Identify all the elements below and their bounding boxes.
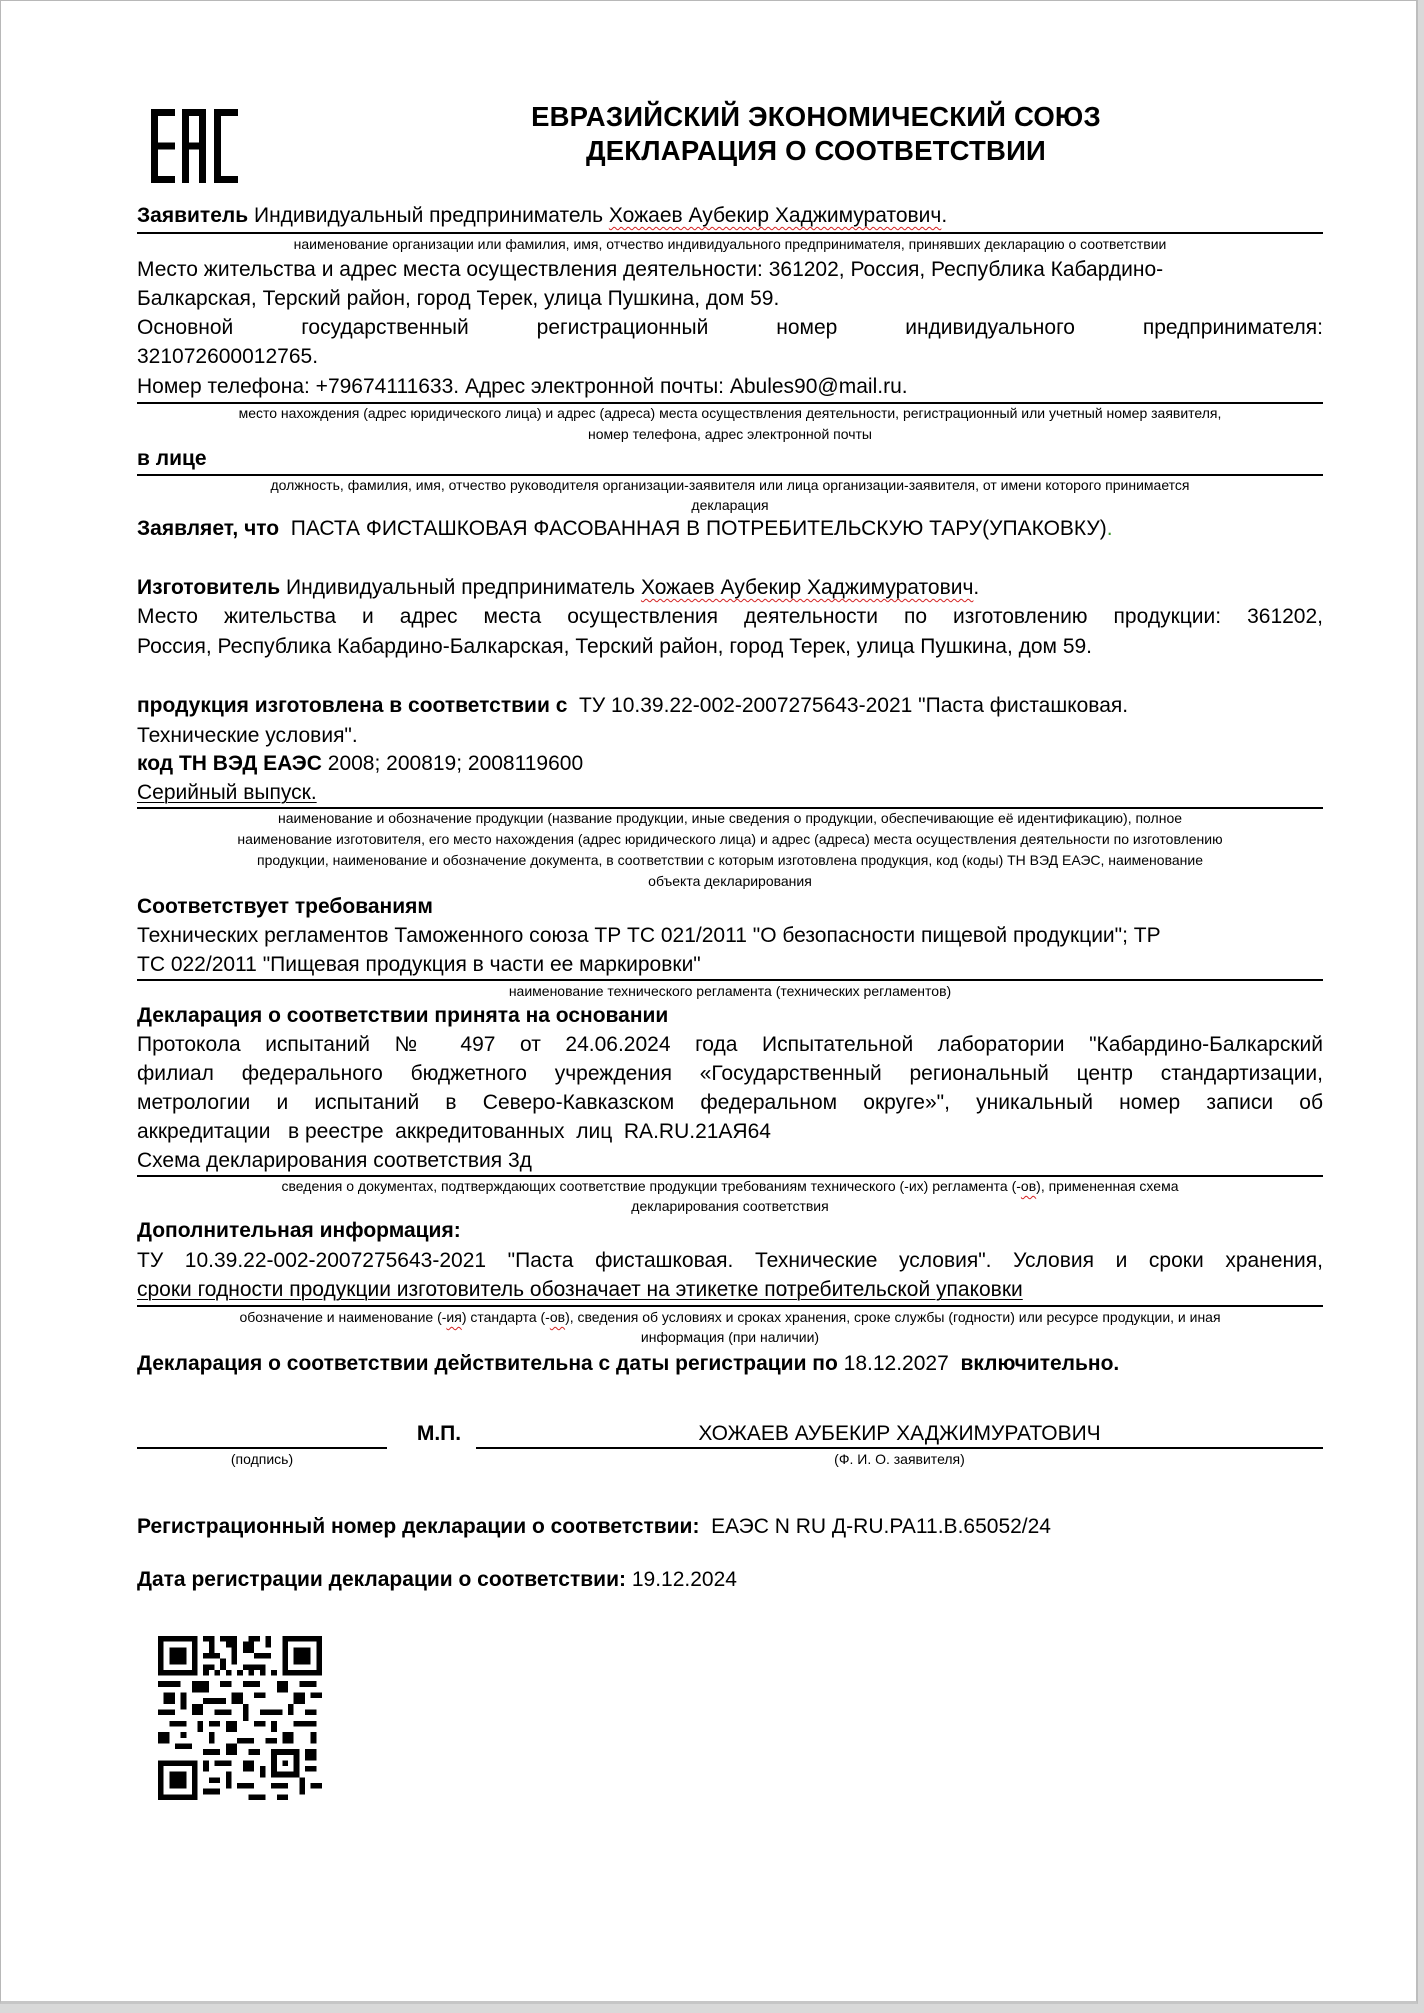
title-union: ЕВРАЗИЙСКИЙ ЭКОНОМИЧЕСКИЙ СОЮЗ <box>401 100 1231 134</box>
additional-line1: ТУ 10.39.22-002-2007275643-2021 "Паста ф… <box>137 1246 1323 1275</box>
manufacturer-type: Индивидуальный предприниматель <box>286 576 635 599</box>
document-page: ЕВРАЗИЙСКИЙ ЭКОНОМИЧЕСКИЙ СОЮЗ ДЕКЛАРАЦИ… <box>0 0 1418 2004</box>
release-type-text: Серийный выпуск. <box>137 781 317 804</box>
basis-caption-text: сведения о документах, подтверждающих со… <box>282 1178 1021 1194</box>
product-name: ПАСТА ФИСТАШКОВАЯ ФАСОВАННАЯ В ПОТРЕБИТЕ… <box>291 517 1107 540</box>
declares-line: Заявляет, что ПАСТА ФИСТАШКОВАЯ ФАСОВАНН… <box>137 514 1323 543</box>
production-caption-line3: продукции, наименование и обозначение до… <box>137 850 1323 871</box>
applicant-name: Хожаев Аубекир Хаджимуратович <box>609 204 941 227</box>
contacts-caption-line2: номер телефона, адрес электронной почты <box>137 424 1323 445</box>
registration-number-line: Регистрационный номер декларации о соотв… <box>137 1512 1323 1541</box>
stamp-label: М.П. <box>409 1419 469 1448</box>
additional-caption-text: обозначение и наименование (- <box>239 1309 446 1325</box>
validity-line: Декларация о соответствии действительна … <box>137 1349 1323 1378</box>
basis-line1: Протокола испытаний № 497 от 24.06.2024 … <box>137 1030 1323 1059</box>
basis-caption-line1: сведения о документах, подтверждающих со… <box>137 1176 1323 1197</box>
basis-caption-line2: декларирования соответствия <box>137 1196 1323 1217</box>
name-caption: (Ф. И. О. заявителя) <box>476 1449 1323 1470</box>
hs-code-line: код ТН ВЭД ЕАЭС 2008; 200819; 2008119600 <box>137 749 1323 778</box>
signature-caption: (подпись) <box>137 1449 387 1470</box>
basis-line4: аккредитации в реестре аккредитованных л… <box>137 1117 1323 1146</box>
manufacturer-address-line2: Россия, Республика Кабардино-Балкарская,… <box>137 632 1323 661</box>
validity-label: Декларация о соответствии действительна … <box>137 1352 838 1375</box>
basis-label: Декларация о соответствии принята на осн… <box>137 1001 1323 1030</box>
release-type: Серийный выпуск. <box>137 778 1323 807</box>
declaration-scheme: Схема декларирования соответствия 3д <box>137 1146 1323 1175</box>
additional-caption-text: ия <box>446 1309 461 1325</box>
registration-date-label: Дата регистрации декларации о соответств… <box>137 1568 626 1591</box>
representative-caption-line2: декларация <box>137 495 1323 516</box>
applicant-name-suffix: . <box>941 204 947 227</box>
production-caption-line4: объекта декларирования <box>137 871 1323 892</box>
applicant-address-line1: Место жительства и адрес места осуществл… <box>137 255 1323 284</box>
representative-caption-line1: должность, фамилия, имя, отчество руково… <box>137 475 1323 496</box>
additional-caption-line2: информация (при наличии) <box>137 1327 1323 1348</box>
manufacturer-name-suffix: . <box>973 576 979 599</box>
production-caption-line2: наименование изготовителя, его место нах… <box>137 829 1323 850</box>
manufacturer-address-line1: Место жительства и адрес места осуществл… <box>137 602 1323 631</box>
applicant-label: Заявитель <box>137 204 248 227</box>
additional-caption-text: ), сведения об условиях и сроках хранени… <box>565 1309 1221 1325</box>
registration-number-value: ЕАЭС N RU Д-RU.РА11.В.65052/24 <box>711 1515 1051 1538</box>
hs-code-label: код ТН ВЭД ЕАЭС <box>137 752 322 775</box>
applicant-full-name: ХОЖАЕВ АУБЕКИР ХАДЖИМУРАТОВИЧ <box>476 1419 1323 1448</box>
validity-suffix: включительно. <box>960 1352 1119 1375</box>
hs-code-values: 2008; 200819; 2008119600 <box>328 752 583 775</box>
production-standard-line1: продукция изготовлена в соответствии с Т… <box>137 691 1323 720</box>
requirements-label: Соответствует требованиям <box>137 892 1323 921</box>
additional-label: Дополнительная информация: <box>137 1216 1323 1245</box>
production-standard: ТУ 10.39.22-002-2007275643-2021 "Паста ф… <box>579 694 1128 717</box>
registration-number-label: Регистрационный номер декларации о соотв… <box>137 1515 699 1538</box>
basis-line3: метрологии и испытаний в Северо-Кавказск… <box>137 1088 1323 1117</box>
registration-date-line: Дата регистрации декларации о соответств… <box>137 1565 1323 1594</box>
validity-date: 18.12.2027 <box>844 1352 949 1375</box>
manufacturer-label: Изготовитель <box>137 576 280 599</box>
applicant-contacts: Номер телефона: +79674111633. Адрес элек… <box>137 372 1323 401</box>
product-suffix: . <box>1107 517 1113 540</box>
representative-label: в лице <box>137 444 1323 473</box>
production-label: продукция изготовлена в соответствии с <box>137 694 567 717</box>
manufacturer-name: Хожаев Аубекир Хаджимуратович <box>641 576 973 599</box>
applicant-line: Заявитель Индивидуальный предприниматель… <box>137 201 1323 230</box>
contacts-caption-line1: место нахождения (адрес юридического лиц… <box>137 403 1323 424</box>
applicant-address-line2: Балкарская, Терский район, город Терек, … <box>137 284 1323 313</box>
additional-line2-text: сроки годности продукции изготовитель об… <box>137 1278 1023 1301</box>
additional-line2: сроки годности продукции изготовитель об… <box>137 1275 1323 1304</box>
requirements-caption: наименование технического регламента (те… <box>137 981 1323 1002</box>
additional-caption-text: ) стандарта (- <box>462 1309 550 1325</box>
basis-caption-text: ов <box>1021 1178 1036 1194</box>
additional-caption-text: ов <box>550 1309 565 1325</box>
manufacturer-line: Изготовитель Индивидуальный предпринимат… <box>137 573 1323 602</box>
production-standard-line2: Технические условия". <box>137 721 1323 750</box>
requirements-line2: ТС 022/2011 "Пищевая продукция в части е… <box>137 950 1323 979</box>
ogrnip-value: 321072600012765. <box>137 342 1323 371</box>
title-declaration: ДЕКЛАРАЦИЯ О СООТВЕТСТВИИ <box>401 134 1231 168</box>
eac-logo-icon <box>151 109 238 183</box>
applicant-type: Индивидуальный предприниматель <box>254 204 603 227</box>
requirements-line1: Технических регламентов Таможенного союз… <box>137 921 1323 950</box>
declares-label: Заявляет, что <box>137 517 279 540</box>
applicant-caption: наименование организации или фамилия, им… <box>137 234 1323 255</box>
additional-caption-line1: обозначение и наименование (-ия) стандар… <box>137 1307 1323 1328</box>
qr-code-icon[interactable] <box>158 1636 322 1800</box>
production-caption-line1: наименование и обозначение продукции (на… <box>137 808 1323 829</box>
registration-date-value: 19.12.2024 <box>632 1568 737 1591</box>
basis-line2: филиал федерального бюджетного учреждени… <box>137 1059 1323 1088</box>
basis-caption-text: ), примененная схема <box>1036 1178 1178 1194</box>
ogrnip-label: Основной государственный регистрационный… <box>137 313 1323 342</box>
document-title: ЕВРАЗИЙСКИЙ ЭКОНОМИЧЕСКИЙ СОЮЗ ДЕКЛАРАЦИ… <box>401 100 1231 168</box>
